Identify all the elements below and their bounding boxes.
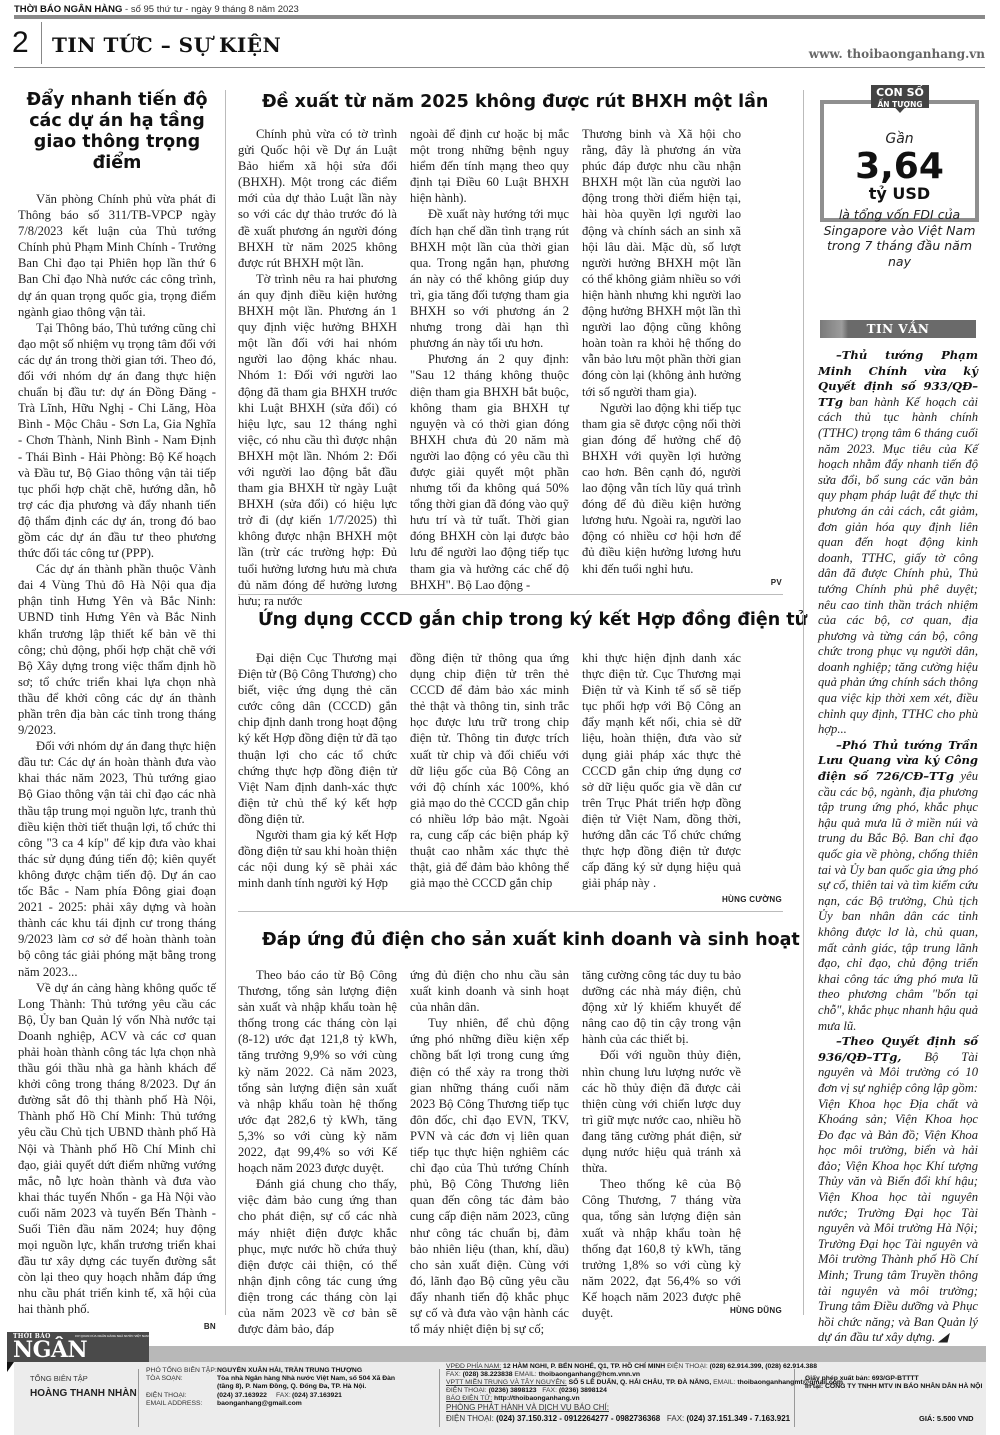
article-divider	[238, 594, 783, 595]
footer-divider	[439, 1369, 440, 1427]
footer-info: TỔNG BIÊN TẬP HOÀNG THANH NHÀN PHÓ TỔNG …	[14, 1362, 986, 1435]
paragraph: Các dự án thành phần thuộc Vành đai 4 Vù…	[18, 561, 216, 738]
byline: HÙNG DŨNG	[640, 1306, 782, 1315]
text-column: Chính phủ vừa có tờ trình gửi Quốc hội v…	[238, 126, 397, 609]
brief-news-list: –Thủ tướng Phạm Minh Chính vừa ký Quyết …	[818, 348, 978, 1346]
text-column: đồng điện tử thông qua ứng dụng chip điệ…	[410, 650, 569, 891]
key-figure-prefix: Gần	[820, 131, 979, 147]
brief-body: Bộ Tài nguyên và Môi trường có 10 đơn vị…	[818, 1050, 978, 1345]
footer-divider	[794, 1369, 795, 1427]
brief-body: ban hành Kế hoạch cải cách thủ tục hành …	[818, 395, 978, 736]
paragraph: Văn phòng Chính phủ vừa phát đi Thông bá…	[18, 191, 216, 320]
central-office-address: SỐ 5 LÊ DUẨN, Q. HẢI CHÂU, TP. ĐÀ NẴNG,	[569, 1379, 712, 1386]
brief-news-item: –Thủ tướng Phạm Minh Chính vừa ký Quyết …	[818, 348, 978, 738]
central-fax-label: FAX:	[542, 1387, 557, 1394]
text-column: tăng cường công tác duy tu bảo dưỡng các…	[582, 967, 741, 1337]
text-column: ứng đủ điện cho nhu cầu sản xuất kinh do…	[410, 967, 569, 1337]
south-fax-label: FAX:	[446, 1371, 461, 1378]
south-email-link[interactable]: thoibaonganhang@hcm.vnn.vn	[539, 1371, 640, 1378]
email-label: EMAIL ADDRESS:	[146, 1399, 202, 1408]
article-headline: Đẩy nhanh tiến độ các dự án hạ tầng giao…	[18, 90, 216, 174]
badge-line1: CON SỐ	[871, 87, 929, 99]
brief-body: yêu cầu các bộ, ngành, địa phương tập tr…	[818, 769, 978, 1033]
article-headline-cccd: Ứng dụng CCCD gắn chip trong ký kết Hợp …	[258, 610, 807, 630]
south-office-address: 12 HÀM NGHI, P. BẾN NGHÉ, Q1, TP. HỒ CHÍ…	[503, 1363, 665, 1370]
key-figure-number: 3,64	[820, 147, 979, 187]
issue-info: - số 95 thứ tư - ngày 9 tháng 8 năm 2023	[122, 4, 298, 15]
article-headline-bhxh: Đề xuất từ năm 2025 không được rút BHXH …	[262, 92, 768, 112]
brief-news-item: –Theo Quyết định số 936/QĐ–TTg, Bộ Tài n…	[818, 1034, 978, 1346]
byline: PV	[700, 578, 782, 587]
brief-news-item: –Phó Thủ tướng Trần Lưu Quang vừa ký Côn…	[818, 738, 978, 1034]
south-phone-label: ĐIỆN THOẠI:	[667, 1363, 708, 1370]
central-fax: (0236) 3898124	[559, 1387, 607, 1394]
price: GIÁ: 5.500 VND	[919, 1414, 974, 1423]
issue-line: THỜI BÁO NGÂN HÀNG - số 95 thứ tư - ngày…	[14, 4, 299, 15]
footer-divider	[138, 1369, 139, 1427]
distribution-fax: (024) 37.151.349 - 7.163.921	[686, 1414, 790, 1423]
email-link[interactable]: baonganhang@gmail.com	[217, 1399, 302, 1408]
distribution-label: PHÒNG PHÁT HÀNH VÀ DỊCH VỤ BÁO CHÍ:	[446, 1403, 609, 1412]
south-phone: (028) 62.914.399, (028) 62.914.388	[710, 1363, 817, 1370]
text-column: Đại diện Cục Thương mại Điện tử (Bộ Công…	[238, 650, 397, 891]
eweb-link[interactable]: http://thoibaonganhang.vn	[494, 1395, 580, 1402]
central-phone-label: ĐIỆN THOẠI:	[446, 1387, 487, 1394]
article-body: Văn phòng Chính phủ vừa phát đi Thông bá…	[18, 191, 216, 1318]
editor-name: HOÀNG THANH NHÀN	[30, 1389, 137, 1398]
paragraph: Về dự án cảng hàng không quốc tế Long Th…	[18, 980, 216, 1318]
paragraph: Đối với nhóm dự án đang thực hiện đầu tư…	[18, 738, 216, 979]
publishing-license: Giấy phép xuất bản: 693/GP-BTTTT	[805, 1375, 919, 1382]
south-fax: (028) 38.223838	[463, 1371, 513, 1378]
article-headline-power: Đáp ứng đủ điện cho sản xuất kinh doanh …	[262, 930, 800, 950]
article-power-body: Theo báo cáo từ Bộ Công Thương, tổng sản…	[238, 967, 741, 1337]
newspaper-logo: THỜI BÁO CƠ QUAN CỦA NGÂN HÀNG NHÀ NƯỚC …	[7, 1332, 149, 1362]
column-divider	[225, 90, 226, 1315]
article-cccd-body: Đại diện Cục Thương mại Điện tử (Bộ Công…	[238, 650, 741, 891]
key-figure-unit: tỷ USD	[820, 184, 979, 203]
south-office-label: VPĐD PHÍA NAM:	[446, 1363, 501, 1370]
column-divider	[803, 90, 804, 1315]
section-title: TIN TỨC – SỰ KIỆN	[52, 33, 281, 57]
paper-name: THỜI BÁO NGÂN HÀNG	[14, 4, 122, 15]
distribution-phone: (024) 37.150.312 - 0912264277 - 09827363…	[496, 1414, 660, 1423]
byline: HÙNG CƯỜNG	[640, 895, 782, 904]
central-office-label: VPTT MIỀN TRUNG VÀ TÂY NGUYÊN:	[446, 1379, 567, 1386]
key-figure-description: là tổng vốn FDI của Singapore vào Việt N…	[820, 207, 979, 269]
distribution-fax-label: FAX:	[667, 1414, 684, 1423]
office-label: TÒA SOẠN:	[146, 1374, 183, 1383]
paragraph: Tại Thông báo, Thủ tướng cũng chỉ đạo mộ…	[18, 320, 216, 561]
brief-news-title: TIN VẮN	[820, 320, 976, 338]
article-infrastructure: Đẩy nhanh tiến độ các dự án hạ tầng giao…	[18, 90, 216, 1331]
office-address-2: (tầng 8), P. Nam Đồng, Q. Đống Đa, TP. H…	[217, 1382, 366, 1391]
page-number-divider	[41, 22, 42, 64]
article-divider	[238, 911, 783, 912]
printer-info: In tại: CÔNG TY TNHH MTV IN BÁO NHÂN DÂN…	[805, 1383, 982, 1390]
footer-colophon: THỜI BÁO CƠ QUAN CỦA NGÂN HÀNG NHÀ NƯỚC …	[0, 1322, 1000, 1435]
editor-label: TỔNG BIÊN TẬP	[30, 1374, 88, 1383]
article-bhxh-body: Chính phủ vừa có tờ trình gửi Quốc hội v…	[238, 126, 741, 609]
text-column: ngoài để định cư hoặc bị mắc một trong n…	[410, 126, 569, 609]
text-column: Thương binh và Xã hội cho rằng, đây là p…	[582, 126, 741, 609]
header-divider	[14, 67, 985, 68]
top-rule	[14, 15, 985, 19]
footer-band	[149, 1346, 986, 1362]
south-email-label: EMAIL:	[514, 1371, 536, 1378]
text-column: Theo báo cáo từ Bộ Công Thương, tổng sản…	[238, 967, 397, 1337]
central-email-label: EMAIL:	[713, 1379, 735, 1386]
eweb-label: BÁO ĐIỆN TỬ:	[446, 1395, 492, 1402]
logo-corner-triangle	[7, 1362, 14, 1372]
distribution-phone-label: ĐIỆN THOẠI:	[446, 1414, 494, 1423]
text-column: khi thực hiện định danh xác thực điện tử…	[582, 650, 741, 891]
page-number: 2	[12, 26, 29, 60]
central-phone: (0236) 3898123	[489, 1387, 537, 1394]
website-link[interactable]: www. thoibaonganhang.vn	[809, 47, 985, 61]
